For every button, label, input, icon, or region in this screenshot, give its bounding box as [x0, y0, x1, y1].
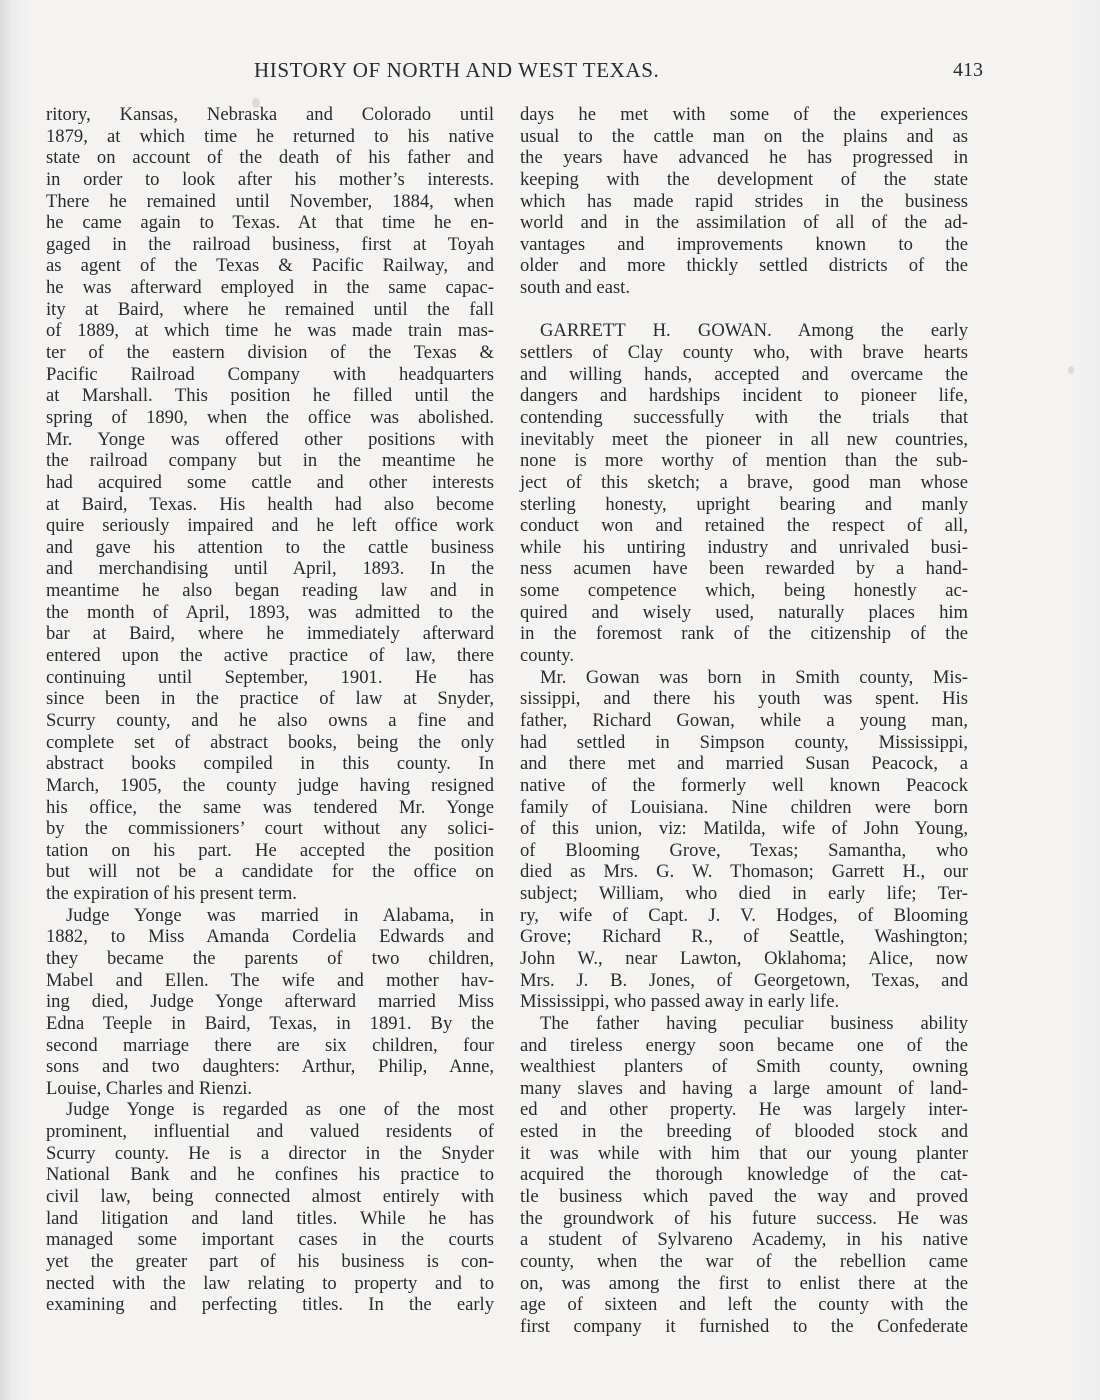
text-line: continuing until September, 1901. He has [46, 667, 494, 689]
text-line: some competence which, being honestly ac… [520, 580, 968, 602]
text-line: ry, wife of Capt. J. V. Hodges, of Bloom… [520, 905, 968, 927]
text-line: entered upon the active practice of law,… [46, 645, 494, 667]
text-line: wealthiest planters of Smith county, own… [520, 1056, 968, 1078]
text-line: March, 1905, the county judge having res… [46, 775, 494, 797]
text-line: county. [520, 645, 968, 667]
page-number: 413 [953, 59, 983, 82]
text-line: quire seriously impaired and he left off… [46, 515, 494, 537]
text-line: at Marshall. This position he filled unt… [46, 385, 494, 407]
text-line: many slaves and having a large amount of… [520, 1078, 968, 1100]
text-line: spring of 1890, when the office was abol… [46, 407, 494, 429]
text-line: world and in the assimilation of all of … [520, 212, 968, 234]
running-title: HISTORY OF NORTH AND WEST TEXAS. [254, 58, 659, 83]
text-line: of 1889, at which time he was made train… [46, 320, 494, 342]
text-line: gaged in the railroad business, first at… [46, 234, 494, 256]
text-line: while his untiring industry and unrivale… [520, 537, 968, 559]
text-line: The father having peculiar business abil… [520, 1013, 968, 1035]
text-line: acquired the thorough knowledge of the c… [520, 1164, 968, 1186]
text-line: ing died, Judge Yonge afterward married … [46, 991, 494, 1013]
text-line: a student of Sylvareno Academy, in his n… [520, 1229, 968, 1251]
left-column: ritory, Kansas, Nebraska and Colorado un… [46, 104, 494, 1316]
text-line: in order to look after his mother’s inte… [46, 169, 494, 191]
text-line: There he remained until November, 1884, … [46, 191, 494, 213]
text-line: it was while with him that our young pla… [520, 1143, 968, 1165]
text-line: native of the formerly well known Peacoc… [520, 775, 968, 797]
text-line: in the foremost rank of the citizenship … [520, 623, 968, 645]
text-line: but will not be a candidate for the offi… [46, 861, 494, 883]
text-line: he was afterward employed in the same ca… [46, 277, 494, 299]
text-line: Grove; Richard R., of Seattle, Washingto… [520, 926, 968, 948]
text-line: had settled in Simpson county, Mississip… [520, 732, 968, 754]
text-line: the groundwork of his future success. He… [520, 1208, 968, 1230]
text-line: ritory, Kansas, Nebraska and Colorado un… [46, 104, 494, 126]
text-line: tle business which paved the way and pro… [520, 1186, 968, 1208]
text-line: none is more worthy of mention than the … [520, 450, 968, 472]
text-line: of Blooming Grove, Texas; Samantha, who [520, 840, 968, 862]
text-line: Scurry county, and he also owns a fine a… [46, 710, 494, 732]
text-line: Judge Yonge is regarded as one of the mo… [46, 1099, 494, 1121]
text-line: ed and other property. He was largely in… [520, 1099, 968, 1121]
text-line: ness acumen have been rewarded by a hand… [520, 558, 968, 580]
text-line: GARRETT H. GOWAN. Among the early [520, 320, 968, 342]
paragraph-gap [520, 299, 968, 321]
text-line: prominent, influential and valued reside… [46, 1121, 494, 1143]
text-line: Mississippi, who passed away in early li… [520, 991, 968, 1013]
text-line: the years have advanced he has progresse… [520, 147, 968, 169]
text-line: meantime he also began reading law and i… [46, 580, 494, 602]
text-line: usual to the cattle man on the plains an… [520, 126, 968, 148]
text-line: Judge Yonge was married in Alabama, in [46, 905, 494, 927]
text-line: sons and two daughters: Arthur, Philip, … [46, 1056, 494, 1078]
text-line: age of sixteen and left the county with … [520, 1294, 968, 1316]
text-line: tation on his part. He accepted the posi… [46, 840, 494, 862]
text-line: they became the parents of two children, [46, 948, 494, 970]
text-line: complete set of abstract books, being th… [46, 732, 494, 754]
text-line: nected with the law relating to property… [46, 1273, 494, 1295]
text-line: and willing hands, accepted and overcame… [520, 364, 968, 386]
text-line: settlers of Clay county who, with brave … [520, 342, 968, 364]
text-line: abstract books compiled in this county. … [46, 753, 494, 775]
text-line: of this union, viz: Matilda, wife of Joh… [520, 818, 968, 840]
text-line: keeping with the development of the stat… [520, 169, 968, 191]
text-line: first company it furnished to the Confed… [520, 1316, 968, 1338]
text-line: quired and wisely used, naturally places… [520, 602, 968, 624]
text-line: which has made rapid strides in the busi… [520, 191, 968, 213]
text-line: state on account of the death of his fat… [46, 147, 494, 169]
text-line: National Bank and he confines his practi… [46, 1164, 494, 1186]
text-line: land litigation and land titles. While h… [46, 1208, 494, 1230]
text-line: sterling honesty, upright bearing and ma… [520, 494, 968, 516]
text-line: Mr. Gowan was born in Smith county, Mis- [520, 667, 968, 689]
text-line: second marriage there are six children, … [46, 1035, 494, 1057]
text-line: Scurry county. He is a director in the S… [46, 1143, 494, 1165]
text-line: Mr. Yonge was offered other positions wi… [46, 429, 494, 451]
text-line: older and more thickly settled districts… [520, 255, 968, 277]
text-line: south and east. [520, 277, 968, 299]
text-line: conduct won and retained the respect of … [520, 515, 968, 537]
text-line: ject of this sketch; a brave, good man w… [520, 472, 968, 494]
text-line: he came again to Texas. At that time he … [46, 212, 494, 234]
text-line: family of Louisiana. Nine children were … [520, 797, 968, 819]
text-line: contending successfully with the trials … [520, 407, 968, 429]
text-line: dangers and hardships incident to pionee… [520, 385, 968, 407]
text-line: as agent of the Texas & Pacific Railway,… [46, 255, 494, 277]
text-line: managed some important cases in the cour… [46, 1229, 494, 1251]
text-line: and there met and married Susan Peacock,… [520, 753, 968, 775]
text-line: bar at Baird, where he immediately after… [46, 623, 494, 645]
text-line: ter of the eastern division of the Texas… [46, 342, 494, 364]
text-line: ity at Baird, where he remained until th… [46, 299, 494, 321]
text-line: inevitably meet the pioneer in all new c… [520, 429, 968, 451]
right-column: days he met with some of the experiences… [520, 104, 968, 1338]
text-line: his office, the same was tendered Mr. Yo… [46, 797, 494, 819]
text-line: civil law, being connected almost entire… [46, 1186, 494, 1208]
text-line: ested in the breeding of blooded stock a… [520, 1121, 968, 1143]
text-line: and merchandising until April, 1893. In … [46, 558, 494, 580]
text-line: at Baird, Texas. His health had also bec… [46, 494, 494, 516]
text-line: Edna Teeple in Baird, Texas, in 1891. By… [46, 1013, 494, 1035]
text-line: Louise, Charles and Rienzi. [46, 1078, 494, 1100]
text-line: the expiration of his present term. [46, 883, 494, 905]
text-line: and tireless energy soon became one of t… [520, 1035, 968, 1057]
text-line: subject; William, who died in early life… [520, 883, 968, 905]
text-line: 1882, to Miss Amanda Cordelia Edwards an… [46, 926, 494, 948]
page-header: HISTORY OF NORTH AND WEST TEXAS. 413 [0, 58, 1100, 84]
book-page: HISTORY OF NORTH AND WEST TEXAS. 413 rit… [0, 0, 1100, 1400]
text-line: father, Richard Gowan, while a young man… [520, 710, 968, 732]
text-line: on, was among the first to enlist there … [520, 1273, 968, 1295]
text-line: had acquired some cattle and other inter… [46, 472, 494, 494]
text-line: examining and perfecting titles. In the … [46, 1294, 494, 1316]
text-line: yet the greater part of his business is … [46, 1251, 494, 1273]
text-line: the month of April, 1893, was admitted t… [46, 602, 494, 624]
text-line: days he met with some of the experiences [520, 104, 968, 126]
text-line: sissippi, and there his youth was spent.… [520, 688, 968, 710]
page-smudge [1068, 366, 1074, 374]
text-line: Pacific Railroad Company with headquarte… [46, 364, 494, 386]
text-line: county, when the war of the rebellion ca… [520, 1251, 968, 1273]
text-line: Mabel and Ellen. The wife and mother hav… [46, 970, 494, 992]
text-line: 1879, at which time he returned to his n… [46, 126, 494, 148]
text-line: vantages and improvements known to the [520, 234, 968, 256]
text-line: by the commissioners’ court without any … [46, 818, 494, 840]
text-line: and gave his attention to the cattle bus… [46, 537, 494, 559]
text-line: John W., near Lawton, Oklahoma; Alice, n… [520, 948, 968, 970]
text-line: the railroad company but in the meantime… [46, 450, 494, 472]
text-line: since been in the practice of law at Sny… [46, 688, 494, 710]
text-line: died as Mrs. G. W. Thomason; Garrett H.,… [520, 861, 968, 883]
text-line: Mrs. J. B. Jones, of Georgetown, Texas, … [520, 970, 968, 992]
